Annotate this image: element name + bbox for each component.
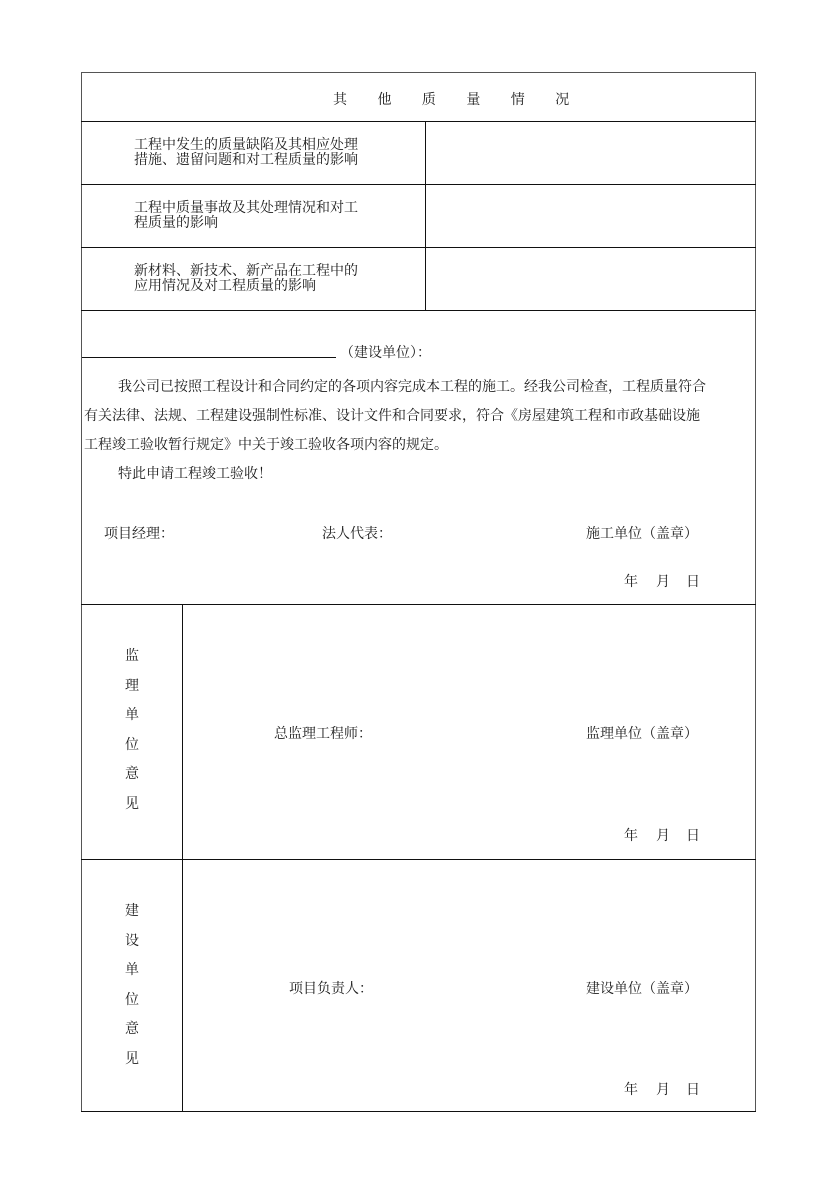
chief-engineer-label: 总监理工程师： [274,723,372,743]
column-divider [425,121,426,310]
supervision-date: 年月日 [624,825,700,845]
side-char: 见 [122,1045,142,1075]
contractor-seal-label: 施工单位（盖章） [586,523,698,543]
side-char: 设 [122,927,142,957]
legal-rep-label: 法人代表： [322,523,392,543]
label-line: 应用情况及对工程质量的影响 [134,279,358,294]
date-month: 月 [656,825,686,845]
quality-row-value[interactable] [427,185,755,247]
date-month: 月 [656,1079,686,1099]
owner-seal-label: 建设单位（盖章） [586,978,698,998]
date-year: 年 [624,1079,656,1099]
label-line: 程质量的影响 [134,216,358,231]
recipient-blank[interactable] [82,340,336,358]
date-day: 日 [686,571,700,591]
quality-row-value[interactable] [427,248,755,310]
side-char: 意 [122,760,142,790]
recipient-suffix: （建设单位）： [340,342,431,362]
owner-date: 年月日 [624,1079,700,1099]
label-line: 新材料、新技术、新产品在工程中的 [134,264,358,279]
application-date: 年月日 [624,571,700,591]
date-month: 月 [656,571,686,591]
side-char: 位 [122,986,142,1016]
side-char: 单 [122,956,142,986]
side-char: 监 [122,642,142,672]
divider [81,1111,756,1112]
supervision-side-label: 监 理 单 位 意 见 [122,642,142,820]
date-day: 日 [686,825,700,845]
label-line: 措施、遗留问题和对工程质量的影响 [134,153,358,168]
label-line: 工程中发生的质量缺陷及其相应处理 [134,138,358,153]
side-char: 建 [122,897,142,927]
project-lead-label: 项目负责人： [289,978,373,998]
column-divider [182,604,183,1111]
body-line: 工程竣工验收暂行规定》中关于竣工验收各项内容的规定。 [84,431,754,460]
body-line: 有关法律、法规、工程建设强制性标准、设计文件和合同要求，符合《房屋建筑工程和市政… [84,402,754,431]
date-year: 年 [624,571,656,591]
side-char: 单 [122,701,142,731]
quality-row-label: 新材料、新技术、新产品在工程中的 应用情况及对工程质量的影响 [134,264,358,294]
quality-row-label: 工程中发生的质量缺陷及其相应处理 措施、遗留问题和对工程质量的影响 [134,138,358,168]
date-year: 年 [624,825,656,845]
side-char: 位 [122,731,142,761]
quality-row-value[interactable] [427,122,755,184]
side-char: 意 [122,1015,142,1045]
project-manager-label: 项目经理： [104,523,174,543]
date-day: 日 [686,1079,700,1099]
label-line: 工程中质量事故及其处理情况和对工 [134,201,358,216]
supervision-seal-label: 监理单位（盖章） [586,723,698,743]
side-char: 理 [122,672,142,702]
side-char: 见 [122,790,142,820]
owner-side-label: 建 设 单 位 意 见 [122,897,142,1075]
request-line: 特此申请工程竣工验收！ [84,460,754,489]
body-line: 我公司已按照工程设计和合同约定的各项内容完成本工程的施工。经我公司检查，工程质量… [84,373,754,402]
section-title: 其 他 质 量 情 况 [333,89,582,109]
quality-row-label: 工程中质量事故及其处理情况和对工 程质量的影响 [134,201,358,231]
application-body: 我公司已按照工程设计和合同约定的各项内容完成本工程的施工。经我公司检查，工程质量… [84,373,754,489]
divider [81,310,756,311]
